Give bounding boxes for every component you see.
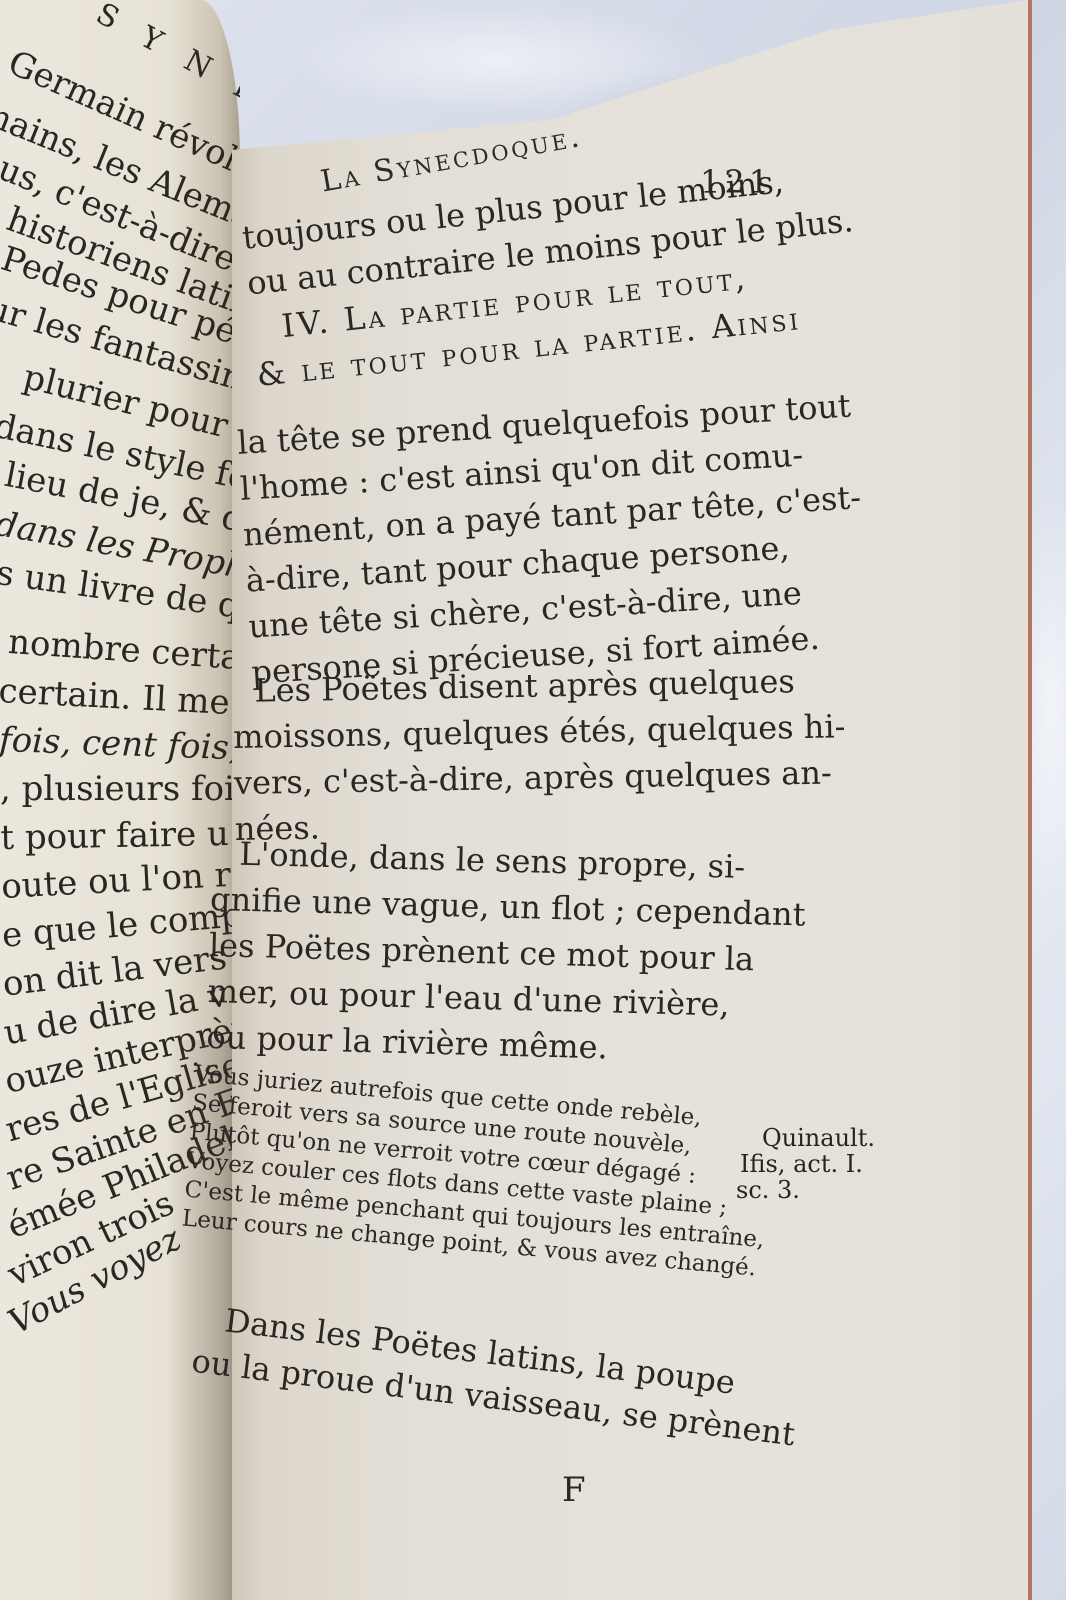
body-line: vers, c'est-à-dire, après quelques an- bbox=[234, 751, 775, 806]
right-page-body: L'onde, dans le sens propre, si- gnifie … bbox=[206, 830, 752, 1074]
attribution-work: Ifis, act. I. bbox=[740, 1151, 875, 1177]
red-page-edge bbox=[1028, 0, 1032, 1600]
verse-attribution: Quinault. Ifis, act. I. sc. 3. bbox=[762, 1125, 875, 1203]
attribution-scene: sc. 3. bbox=[736, 1177, 875, 1203]
signature-mark: F bbox=[562, 1470, 586, 1510]
left-line: , plusieurs fois bbox=[0, 765, 240, 814]
attribution-author: Quinault. bbox=[762, 1125, 875, 1151]
right-page-body: Les Poëtes disent après quelques moisson… bbox=[232, 659, 775, 852]
right-page-body: la tête se prend quelquefois pour tout l… bbox=[236, 387, 792, 695]
